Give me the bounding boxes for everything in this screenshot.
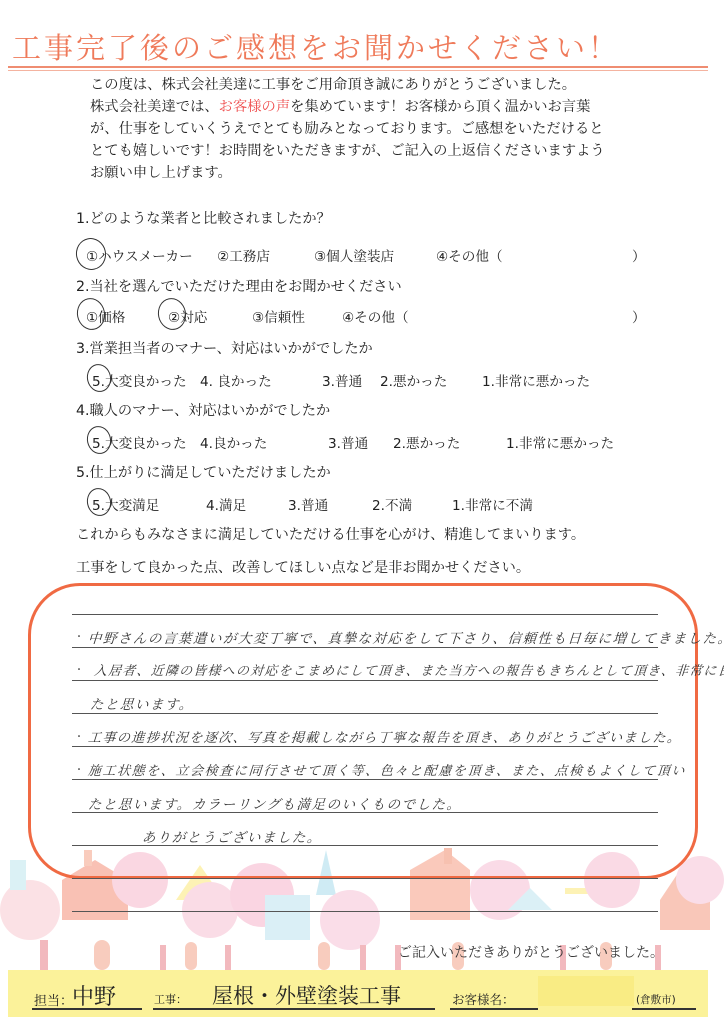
intro-line: とても嬉しいです！お時間をいただきますが、ご記入の上返信くださいますよう (90, 140, 650, 162)
q5-option-3[interactable]: 3.普通 (288, 494, 328, 514)
intro-line: 株式会社美達では、お客様の声を集めています！お客様から頂く温かいお言葉 (90, 96, 650, 118)
question-4-label: 4.職人のマナー、対応はいかがでしたか (76, 400, 330, 420)
title-underline (8, 66, 708, 68)
comment-line: たと思います。カラーリングも満足のいくものでした。 (87, 793, 462, 813)
q2-option-other[interactable]: ④その他（ (342, 306, 409, 326)
customer-name-redacted (538, 976, 634, 1006)
comment-prompt: 工事をして良かった点、改善してほしい点など是非お聞かせください。 (76, 557, 530, 577)
q3-option-4[interactable]: 4. 良かった (200, 370, 272, 390)
q4-option-4[interactable]: 4.良かった (200, 432, 267, 452)
bullet-dot: ・ (74, 761, 84, 776)
intro-line: お願い申し上げます。 (90, 162, 650, 184)
closing-statement: これからもみなさまに満足していただける仕事を心がけ、精進してまいります。 (76, 524, 585, 544)
ruled-line (72, 680, 658, 681)
q1-other-close-paren: ） (632, 245, 646, 265)
comment-line: 入居者、近隣の皆様への対応をこまめにして頂き、また当方への報告もきちんとして頂き… (93, 660, 724, 679)
q3-option-3[interactable]: 3.普通 (322, 370, 362, 390)
selected-circle-mark (155, 295, 189, 332)
q5-option-1[interactable]: 1.非常に不満 (452, 494, 533, 514)
bullet-dot: ・ (74, 628, 84, 643)
footer-info-bar: 担当： 中野 工事： 屋根・外壁塗装工事 お客様名： (倉敷市) (8, 970, 708, 1017)
intro-text: を集めています！お客様から頂く温かいお言葉 (290, 99, 590, 115)
staff-label: 担当： (34, 990, 73, 1009)
page-title: 工事完了後のご感想をお聞かせください！ (12, 30, 706, 66)
comment-line: 中野さんの言葉遣いが大変丁寧で、真摯な対応をして下さり、信頼性も日毎に増してきま… (87, 627, 724, 647)
q3-option-1[interactable]: 1.非常に悪かった (482, 370, 590, 390)
q5-option-2[interactable]: 2.不満 (372, 494, 412, 514)
q1-option-painter[interactable]: ③個人塗装店 (314, 245, 394, 265)
bullet-dot: ・ (74, 661, 84, 676)
ruled-line (72, 614, 658, 615)
q5-option-4[interactable]: 4.満足 (206, 494, 246, 514)
question-2-label: 2.当社を選んでいただけた理由をお聞かせください (76, 276, 402, 296)
customer-city: (倉敷市) (636, 992, 676, 1007)
q4-option-1[interactable]: 1.非常に悪かった (506, 432, 614, 452)
q2-option-reliability[interactable]: ③信頼性 (252, 306, 305, 326)
q4-option-2[interactable]: 2.悪かった (393, 432, 460, 452)
intro-paragraph: この度は、株式会社美達に工事をご用命頂き誠にありがとうございました。 株式会社美… (90, 74, 650, 184)
ruled-line (72, 911, 658, 912)
customer-label: お客様名： (452, 990, 515, 1008)
thanks-message: ご記入いただきありがとうございました。 (398, 942, 664, 962)
q3-option-2[interactable]: 2.悪かった (380, 370, 447, 390)
question-1-label: 1.どのような業者と比較されましたか？ (76, 208, 331, 228)
ruled-line (72, 713, 658, 714)
staff-name: 中野 (72, 980, 116, 1011)
q1-option-other[interactable]: ④その他（ (436, 245, 503, 265)
title-underline-thin (8, 70, 708, 71)
selected-circle-mark (74, 295, 108, 332)
q1-option-builder[interactable]: ②工務店 (217, 245, 270, 265)
q2-other-close-paren: ） (632, 306, 646, 326)
comment-line: たと思います。 (89, 693, 194, 713)
comment-line: 工事の進捗状況を逐次、写真を掲載しながら丁寧な報告を頂き、ありがとうございました… (87, 727, 682, 746)
work-value: 屋根・外壁塗装工事 (212, 980, 401, 1010)
q4-option-3[interactable]: 3.普通 (328, 432, 368, 452)
intro-highlight: お客様の声 (219, 99, 290, 115)
intro-line: この度は、株式会社美達に工事をご用命頂き誠にありがとうございました。 (90, 74, 650, 96)
work-label: 工事： (154, 991, 187, 1007)
question-5-label: 5.仕上がりに満足していただけましたか (76, 462, 331, 482)
work-underline (153, 1008, 435, 1010)
staff-underline (32, 1008, 142, 1010)
intro-line: が、仕事をしていくうえでとても励みとなっております。ご感想をいただけると (90, 118, 650, 140)
question-3-label: 3.営業担当者のマナー、対応はいかがでしたか (76, 338, 373, 358)
ruled-line (72, 878, 658, 879)
intro-text: 株式会社美達では、 (90, 99, 219, 115)
comment-line: ありがとうございました。 (141, 826, 322, 846)
selected-circle-mark (73, 235, 109, 273)
comment-line: 施工状態を、立会検査に同行させて頂く等、色々と配慮を頂き、また、点検もよくして頂… (87, 760, 686, 779)
ruled-line (72, 647, 658, 648)
ruled-line (72, 779, 658, 780)
customer-underline (450, 1008, 538, 1010)
ruled-line (72, 746, 658, 747)
bullet-dot: ・ (74, 728, 84, 743)
city-underline (632, 1008, 696, 1010)
